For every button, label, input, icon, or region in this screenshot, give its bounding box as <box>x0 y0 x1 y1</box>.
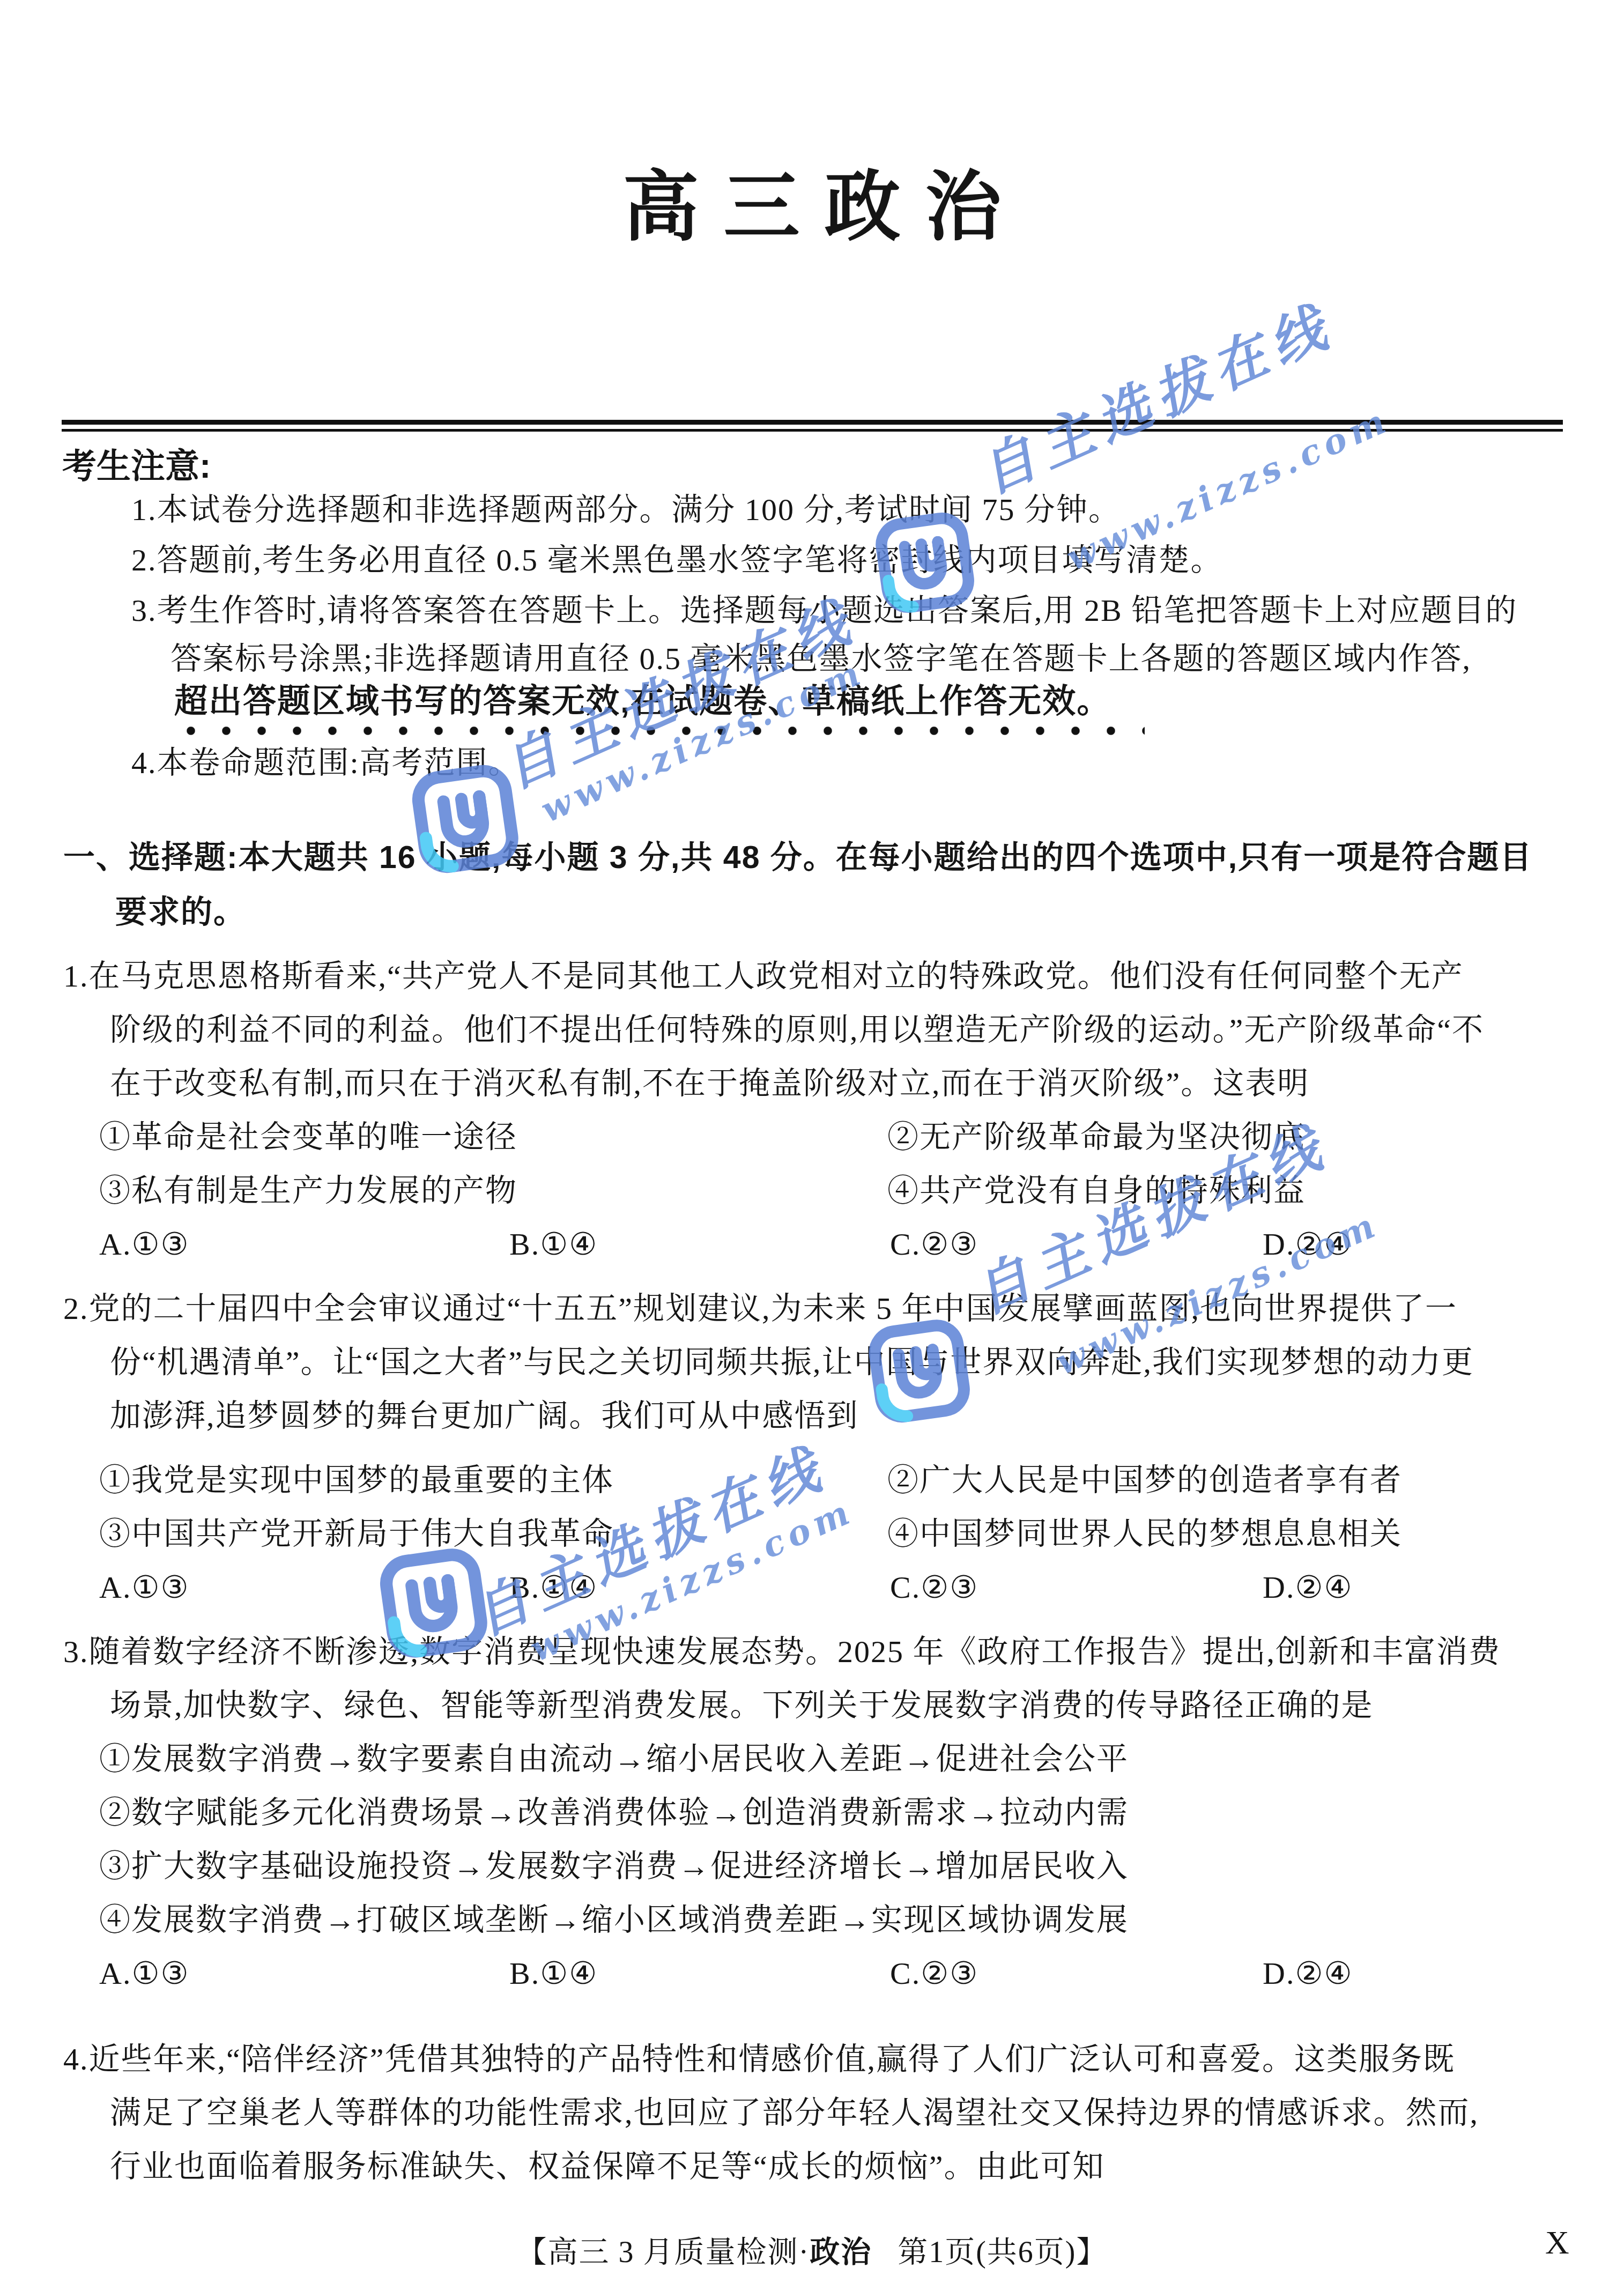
question-3-choice-d: D.②④ <box>1263 1955 1353 1992</box>
question-2-option-1: ①我党是实现中国梦的最重要的主体 <box>99 1463 614 1498</box>
question-2-choice-c: C.②③ <box>890 1569 978 1606</box>
question-1-stem-line-2: 阶级的利益不同的利益。他们不提出任何特殊的原则,用以塑造无产阶级的运动。”无产阶… <box>110 1011 1484 1049</box>
notice-heading: 考生注意: <box>62 439 211 488</box>
footer-exam-name: 【高三 3 月质量检测· <box>517 2236 810 2269</box>
question-4-stem-line-1: 4.近些年来,“陪伴经济”凭借其独特的产品特性和情感价值,赢得了人们广泛认可和喜… <box>63 2041 1455 2078</box>
question-1-stem-line-1: 1.在马克思恩格斯看来,“共产党人不是同其他工人政党相对立的特殊政党。他们没有任… <box>63 958 1464 995</box>
question-3-choice-a: A.①③ <box>99 1955 189 1992</box>
question-4-stem-line-3: 行业也面临着服务标准缺失、权益保障不足等“成长的烦恼”。由此可知 <box>110 2148 1105 2185</box>
question-1-stem-line-3: 在于改变私有制,而只在于消灭私有制,不在于掩盖阶级对立,而在于消灭阶级”。这表明 <box>110 1065 1309 1102</box>
question-1-choice-b: B.①④ <box>509 1226 598 1263</box>
question-3-option-3: ③扩大数字基础设施投资→发展数字消费→促进经济增长→增加居民收入 <box>99 1848 1129 1885</box>
footer-page-number: 第1页(共6页)】 <box>898 2236 1107 2269</box>
question-2-stem-line-2: 份“机遇清单”。让“国之大者”与民之关切同频共振,让中国与世界双向奔赴,我们实现… <box>110 1344 1474 1381</box>
question-2-choice-a: A.①③ <box>99 1569 189 1606</box>
question-1-option-1: ①革命是社会变革的唯一途径 <box>99 1120 517 1154</box>
exam-paper-page: 高三政治 考生注意: 1.本试卷分选择题和非选择题两部分。满分 100 分,考试… <box>0 0 1624 2283</box>
page-title: 高三政治 <box>0 146 1624 255</box>
footer-corner-mark: X <box>1545 2224 1569 2262</box>
question-1-choice-a: A.①③ <box>99 1226 189 1263</box>
question-3-option-1: ①发展数字消费→数字要素自由流动→缩小居民收入差距→促进社会公平 <box>99 1740 1129 1778</box>
question-2-option-2: ②广大人民是中国梦的创造者享有者 <box>887 1462 1402 1499</box>
question-2-choice-d: D.②④ <box>1263 1569 1353 1606</box>
question-4-stem-line-2: 满足了空巢老人等群体的功能性需求,也回应了部分年轻人渴望社交又保持边界的情感诉求… <box>110 2094 1479 2132</box>
page-footer: 【高三 3 月质量检测·政治第1页(共6页)】 <box>0 2228 1624 2271</box>
question-3-stem-line-2: 场景,加快数字、绿色、智能等新型消费发展。下列关于发展数字消费的传导路径正确的是 <box>110 1687 1374 1724</box>
question-3-stem-line-1: 3.随着数字经济不断渗透,数字消费呈现快速发展态势。2025 年《政府工作报告》… <box>63 1633 1501 1671</box>
zizzs-watermark-logo <box>856 1299 980 1439</box>
zizzs-watermark-logo <box>863 492 984 629</box>
notice-item-1: 1.本试卷分选择题和非选择题两部分。满分 100 分,考试时间 75 分钟。 <box>131 491 1121 529</box>
question-2-stem-line-3: 加澎湃,追梦圆梦的舞台更加广阔。我们可从中感悟到 <box>110 1397 859 1435</box>
question-3-option-4: ④发展数字消费→打破区域垄断→缩小区域消费差距→实现区域协调发展 <box>99 1901 1129 1939</box>
section-heading-line-2: 要求的。 <box>115 893 246 931</box>
notice-item-2: 2.答题前,考生务必用直径 0.5 毫米黑色墨水签字笔将密封线内项目填写清楚。 <box>131 542 1223 579</box>
question-3-option-2: ②数字赋能多元化消费场景→改善消费体验→创造消费新需求→拉动内需 <box>99 1794 1129 1832</box>
section-heading-line-1: 一、选择题:本大题共 16 小题,每小题 3 分,共 48 分。在每小题给出的四… <box>63 839 1532 877</box>
question-3-choice-c: C.②③ <box>890 1955 978 1992</box>
question-1-option-3: ③私有制是生产力发展的产物 <box>99 1173 517 1208</box>
question-2-option-4: ④中国梦同世界人民的梦想息息相关 <box>887 1515 1402 1553</box>
footer-subject: 政治 <box>810 2235 872 2269</box>
question-3-choice-b: B.①④ <box>509 1955 598 1992</box>
